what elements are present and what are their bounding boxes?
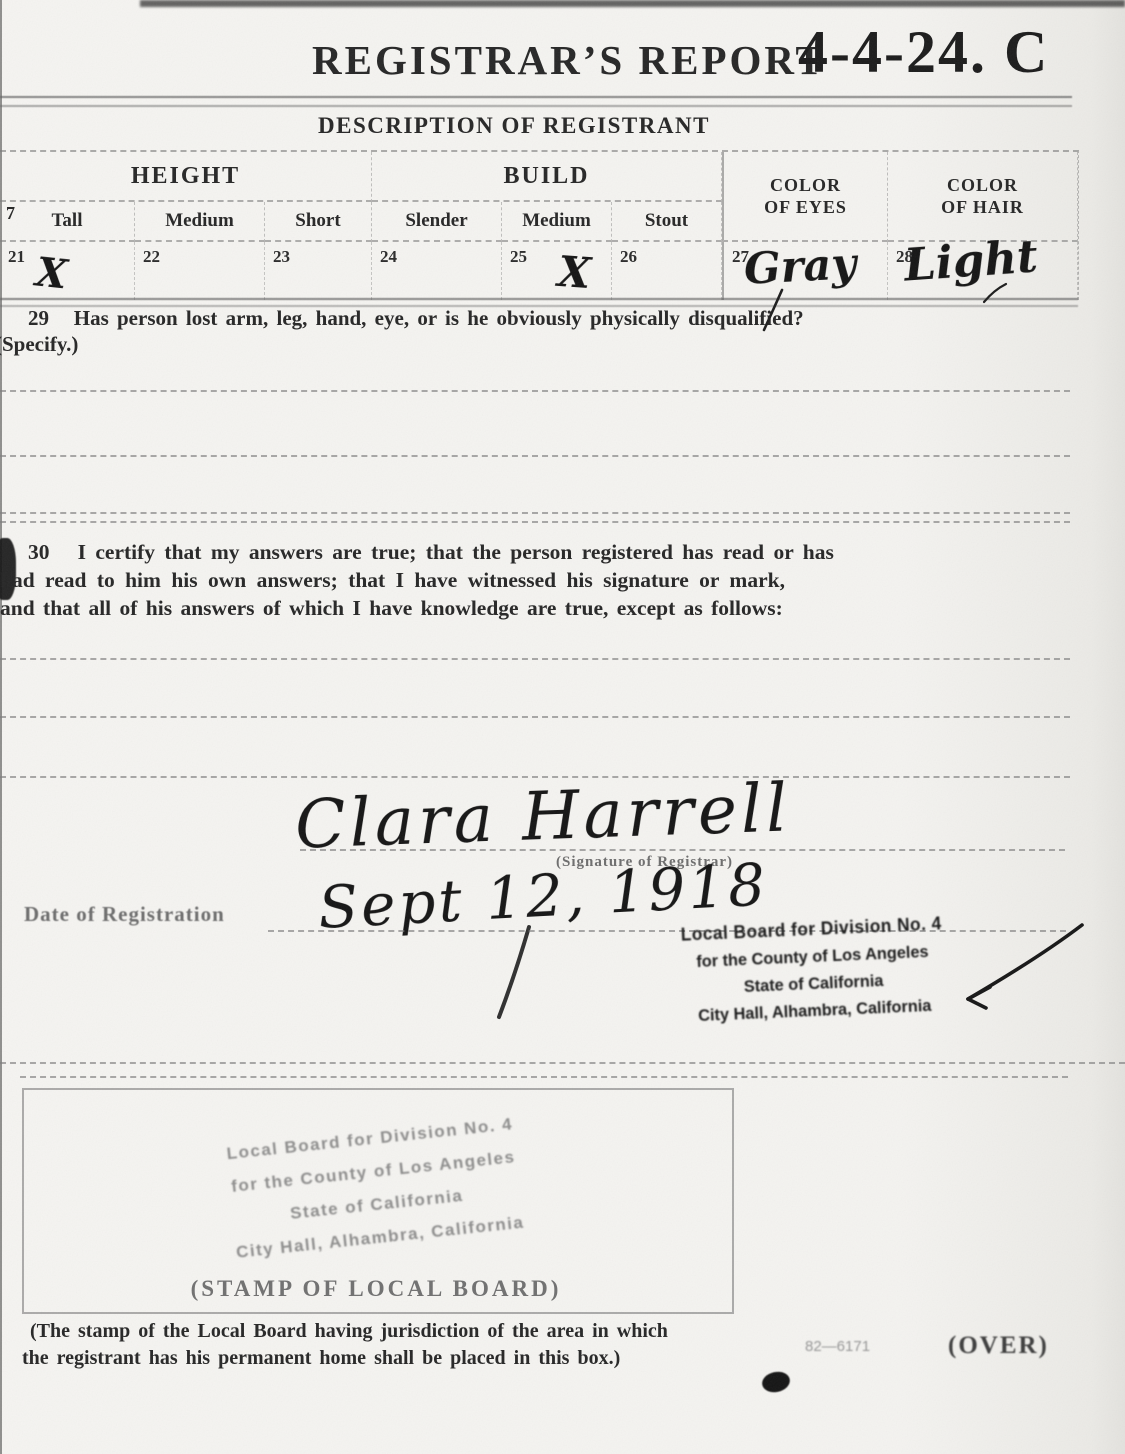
- scan-edge-top: [140, 0, 1125, 7]
- cell-21-number: 21: [8, 247, 25, 267]
- col-header-slender: Slender: [372, 202, 502, 242]
- header-rule-1: [0, 96, 1072, 98]
- ink-dot-artifact: [760, 1369, 792, 1394]
- over-label: (OVER): [948, 1332, 1049, 1360]
- description-table: HEIGHT BUILD COLOR OF EYES COLOR OF HAIR…: [0, 150, 1079, 300]
- cell-24-number: 24: [380, 247, 397, 267]
- cell-23: 23: [265, 242, 372, 300]
- col-header-stout: Stout: [612, 202, 722, 242]
- cell-25-medium-build: 25 X: [502, 242, 612, 300]
- cell-26: 26: [612, 242, 722, 300]
- stamp-box-caption: (STAMP OF LOCAL BOARD): [22, 1276, 730, 1302]
- ruled-line: [20, 1076, 1068, 1078]
- ruled-line: [0, 658, 1070, 660]
- build-group-header: BUILD: [372, 152, 722, 202]
- registration-date-label: Date of Registration: [24, 902, 225, 927]
- table-bottom-rule-1: [0, 298, 1078, 300]
- cell-22-number: 22: [143, 247, 160, 267]
- ruled-line: [0, 512, 1070, 514]
- cell-25-x-mark: X: [556, 247, 592, 298]
- cell-21-tall: 21 X: [0, 242, 135, 300]
- pen-slash-mark: [752, 288, 792, 332]
- cell-23-number: 23: [273, 247, 290, 267]
- signature-line: [300, 849, 1065, 851]
- height-group-header: HEIGHT: [0, 152, 372, 202]
- cell-21-x-mark: X: [34, 249, 70, 299]
- cell-22: 22: [135, 242, 265, 300]
- handwritten-arrow: [940, 915, 1110, 1015]
- question-30-line1: 30 I certify that my answers are true; t…: [28, 540, 1088, 565]
- color-of-eyes-line2: OF EYES: [764, 196, 847, 218]
- pen-tick-mark: [980, 282, 1010, 304]
- form-number: 4-4-24. C: [798, 18, 1049, 87]
- page-title: REGISTRAR’S REPORT: [312, 36, 826, 84]
- question-30-line2: had read to him his own answers; that I …: [0, 568, 1075, 593]
- ruled-line: [0, 390, 1070, 392]
- hair-color-value: Light: [902, 229, 1039, 291]
- col-header-tall: Tall: [0, 202, 135, 242]
- ruled-line: [0, 521, 1070, 523]
- cell-27-eye-color: 27 Gray: [722, 242, 888, 300]
- color-of-hair-header: COLOR OF HAIR: [888, 152, 1078, 242]
- question-30-line3: and that all of his answers of which I h…: [0, 596, 1075, 621]
- cell-25-number: 25: [510, 247, 527, 267]
- ruled-line: [0, 1062, 1125, 1064]
- ruled-line: [0, 455, 1070, 457]
- eye-color-value: Gray: [743, 239, 858, 295]
- header-rule-2: [0, 105, 1072, 107]
- col-header-medium-height: Medium: [135, 202, 265, 242]
- local-board-stamp: Local Board for Division No. 4 for the C…: [650, 909, 977, 1031]
- color-of-eyes-line1: COLOR: [770, 174, 841, 196]
- ruled-line: [0, 716, 1070, 718]
- color-of-eyes-header: COLOR OF EYES: [722, 152, 888, 242]
- color-of-hair-line2: OF HAIR: [941, 196, 1024, 218]
- cell-24: 24: [372, 242, 502, 300]
- question-29-specify: (Specify.): [0, 332, 78, 357]
- col-header-medium-build: Medium: [502, 202, 612, 242]
- question-29-text: 29 Has person lost arm, leg, hand, eye, …: [28, 306, 1088, 331]
- cell-26-number: 26: [620, 247, 637, 267]
- print-code: 82—6171: [805, 1338, 870, 1355]
- footer-note-line2: the registrant has his permanent home sh…: [22, 1347, 722, 1370]
- color-of-hair-line1: COLOR: [947, 174, 1018, 196]
- footer-note-line1: (The stamp of the Local Board having jur…: [30, 1320, 730, 1343]
- col-header-short: Short: [265, 202, 372, 242]
- registrar-report-document: REGISTRAR’S REPORT 4-4-24. C DESCRIPTION…: [0, 0, 1125, 1454]
- scan-cutoff-character: 7: [6, 203, 15, 224]
- pen-descender-stroke: [495, 925, 535, 1025]
- section-title: DESCRIPTION OF REGISTRANT: [318, 113, 710, 139]
